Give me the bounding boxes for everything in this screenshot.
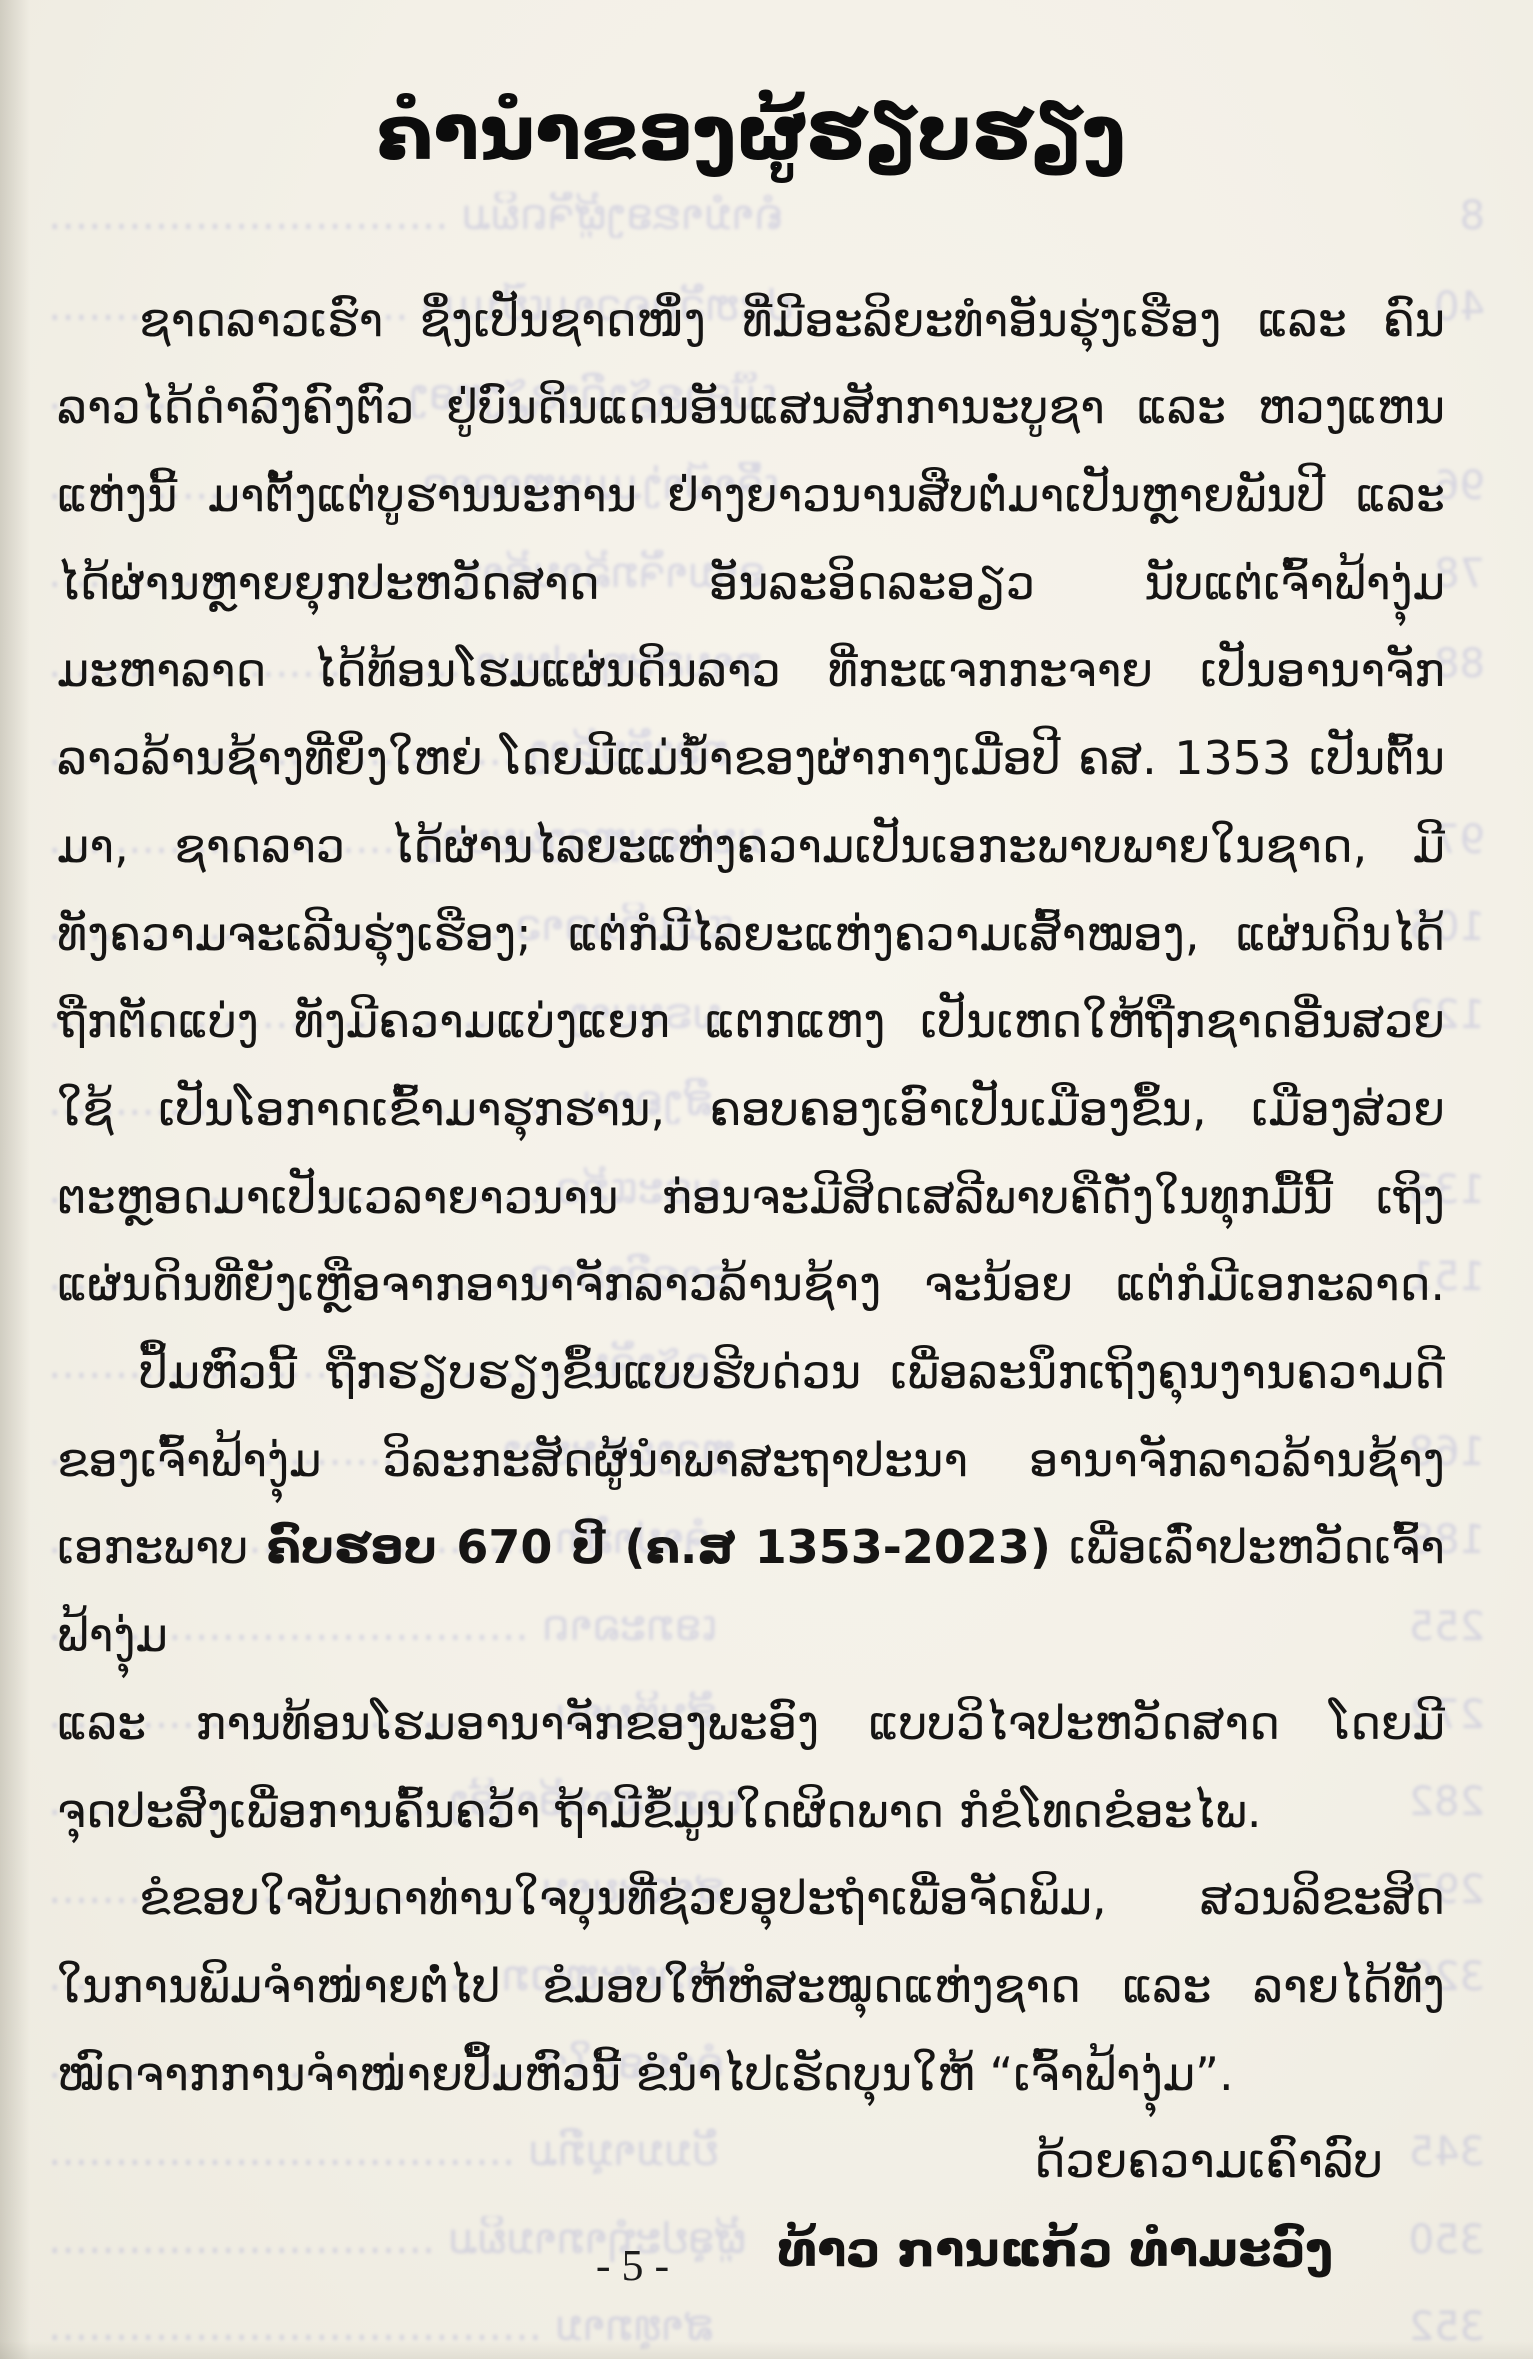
text-line: ໃນການພິມຈຳໜ່າຍຕໍ່ໄປ ຂໍມອບໃຫ້ຫໍສະໝຸດແຫ່ງຊ… [57, 1943, 1445, 2031]
scanned-page: 8 ຄຳນຳຂອງຜູ້ຈັດພິມ .....................… [0, 0, 1533, 2359]
bleedthrough-page-number: 352 [1409, 2304, 1485, 2350]
text-segment: ເອກະພາບ [57, 1520, 266, 1574]
paragraph-1-lines: ຊາດລາວເຮົາ ຊຶ່ງເປັນຊາດໜຶ່ງ ທີ່ມີອະລິຍະທຳ… [57, 277, 1445, 1329]
text-line: ລາວລ້ານຊ້າງທີ່ຍິ່ງໃຫຍ່ ໂດຍມີແມ່ນ້ຳຂອງຜ່າ… [57, 715, 1445, 803]
text-line: ມະຫາລາດ ໄດ້ທ້ອນໂຮມແຜ່ນດິນລາວ ທີ່ກະແຈກກະຈ… [57, 627, 1445, 715]
bleedthrough-page-number: 8 [1460, 193, 1485, 239]
paragraph-3-lines: ຂໍຂອບໃຈບັນດາທ່ານໃຈບຸນທີ່ຊ່ວຍອຸປະຖຳເພື່ອຈ… [57, 1855, 1445, 2118]
page-content: ຄຳນຳຂອງຜູ້ຮຽບຮຽງ ຊາດລາວເຮົາ ຊຶ່ງເປັນຊາດໜ… [57, 82, 1445, 2294]
text-line: ຈຸດປະສົງເພື່ອການຄົ້ນຄວ້າ ຖ້າມີຂໍ້ມູນໃດຜິ… [57, 1768, 1445, 1856]
text-line: ຕະຫຼອດມາເປັນເວລາຍາວນານ ກ່ອນຈະມີສິດເສລີພາ… [57, 1154, 1445, 1242]
text-line: ຂອງເຈົ້າຟ້າງຸ່ມ ວິລະກະສັດຜູ້ນຳພາສະຖາປະນາ… [57, 1417, 1445, 1505]
text-line: ໄດ້ຜ່ານຫຼາຍຍຸກປະຫວັດສາດ ອັນລະອິດລະອຽວ ນັ… [57, 540, 1445, 628]
text-line: ທັງຄວາມຈະເລີນຮຸ່ງເຮືອງ; ແຕ່ກໍມີໄລຍະແຫ່ງຄ… [57, 891, 1445, 979]
page-number: - 5 - [575, 2240, 690, 2291]
text-line: ມາ, ຊາດລາວ ໄດ້ຜ່ານໄລຍະແຫ່ງຄວາມເປັນເອກະພາ… [57, 803, 1445, 891]
text-line: ແລະ ການທ້ອນໂຮມອານາຈັກຂອງພະອົງ ແບບວິໄຈປະຫ… [57, 1680, 1445, 1768]
text-line: ປຶ້ມຫົວນີ້ ຖືກຮຽບຮຽງຂຶ້ນແບບຮີບດ່ວນ ເພື່ອ… [57, 1329, 1445, 1417]
paragraph-3: ຂໍຂອບໃຈບັນດາທ່ານໃຈບຸນທີ່ຊ່ວຍອຸປະຖຳເພື່ອຈ… [57, 1855, 1445, 2118]
author-signature: ທ້າວ ການແກ້ວ ທຳມະວົງ [57, 2206, 1445, 2294]
text-line: ຂໍຂອບໃຈບັນດາທ່ານໃຈບຸນທີ່ຊ່ວຍອຸປະຖຳເພື່ອຈ… [57, 1855, 1445, 1943]
paragraph-2-lines-top: ປຶ້ມຫົວນີ້ ຖືກຮຽບຮຽງຂຶ້ນແບບຮີບດ່ວນ ເພື່ອ… [57, 1329, 1445, 1504]
text-line: ແຜ່ນດິນທີ່ຍັງເຫຼືອຈາກອານາຈັກລາວລ້ານຊ້າງ … [57, 1241, 1445, 1329]
text-line-with-bold-anniversary: ເອກະພາບ ຄົບຮອບ 670 ປີ (ຄ.ສ 1353-2023) ເພ… [57, 1504, 1445, 1679]
bleedthrough-text: ສາທຸການ ................................… [48, 2303, 713, 2349]
anniversary-bold-text: ຄົບຮອບ 670 ປີ (ຄ.ສ 1353-2023) [266, 1520, 1051, 1574]
scan-edge-shadow-left [0, 0, 30, 2359]
text-line: ໃຊ້ ເປັນໂອກາດເຂົ້າມາຮຸກຮານ, ຄອບຄອງເອົາເປ… [57, 1066, 1445, 1154]
paragraph-1: ຊາດລາວເຮົາ ຊຶ່ງເປັນຊາດໜຶ່ງ ທີ່ມີອະລິຍະທຳ… [57, 277, 1445, 1329]
page-title: ຄຳນຳຂອງຜູ້ຮຽບຮຽງ [57, 82, 1445, 185]
paragraph-2-lines-bottom: ແລະ ການທ້ອນໂຮມອານາຈັກຂອງພະອົງ ແບບວິໄຈປະຫ… [57, 1680, 1445, 1855]
paragraph-2: ປຶ້ມຫົວນີ້ ຖືກຮຽບຮຽງຂຶ້ນແບບຮີບດ່ວນ ເພື່ອ… [57, 1329, 1445, 1855]
bleedthrough-line: 352 ສາທຸການ ............................… [48, 2303, 1485, 2350]
scan-edge-shadow-bottom [0, 2341, 1533, 2359]
text-line: ລາວໄດ້ດຳລົງຄົງຕົວ ຢູ່ບົນດິນແດນອັນແສນສັກກ… [57, 364, 1445, 452]
text-line: ຊາດລາວເຮົາ ຊຶ່ງເປັນຊາດໜຶ່ງ ທີ່ມີອະລິຍະທຳ… [57, 277, 1445, 365]
text-line: ແຫ່ງນີ້ ມາຕັ້ງແຕ່ບູຮານນະການ ຢ່າງຍາວນານສື… [57, 452, 1445, 540]
closing-salutation: ດ້ວຍຄວາມເຄົາລົບ [57, 2118, 1445, 2206]
text-line: ຖືກຕັດແບ່ງ ທັງມີຄວາມແບ່ງແຍກ ແຕກແຫງ ເປັນເ… [57, 978, 1445, 1066]
text-line: ໝົດຈາກການຈຳໜ່າຍປຶ້ມຫົວນີ້ ຂໍນຳໄປເຮັດບຸນໃ… [57, 2031, 1445, 2119]
